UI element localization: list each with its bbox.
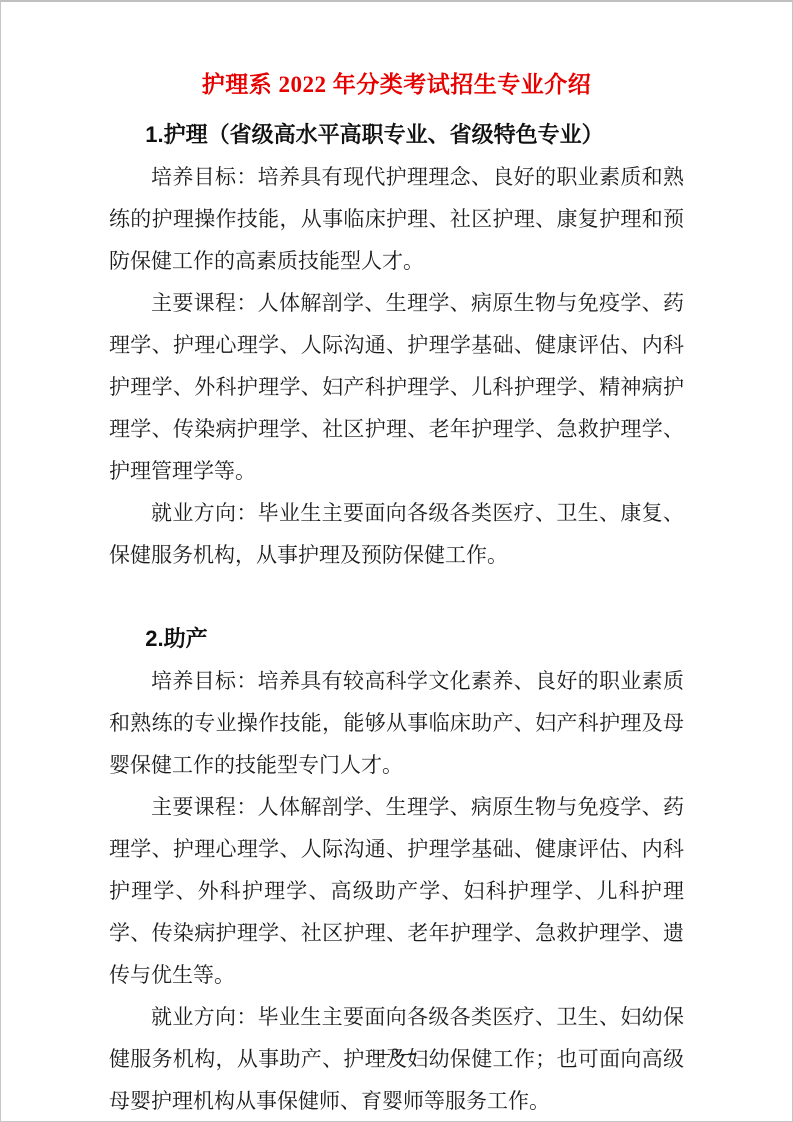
document-content: 护理系 2022 年分类考试招生专业介绍 1.护理（省级高水平高职专业、省级特色…	[1, 2, 792, 1122]
section-divider-space	[109, 576, 684, 618]
page-title: 护理系 2022 年分类考试招生专业介绍	[109, 68, 684, 102]
paragraph-midwifery-main-courses: 主要课程：人体解剖学、生理学、病原生物与免疫学、药理学、护理心理学、人际沟通、护…	[109, 786, 684, 996]
paragraph-midwifery-training-goal: 培养目标：培养具有较高科学文化素养、良好的职业素质和熟练的专业操作技能，能够从事…	[109, 660, 684, 786]
section-nursing: 1.护理（省级高水平高职专业、省级特色专业） 培养目标：培养具有现代护理理念、良…	[109, 114, 684, 576]
paragraph-nursing-employment: 就业方向：毕业生主要面向各级各类医疗、卫生、康复、保健服务机构，从事护理及预防保…	[109, 492, 684, 576]
paragraph-nursing-training-goal: 培养目标：培养具有现代护理理念、良好的职业素质和熟练的护理操作技能，从事临床护理…	[109, 156, 684, 282]
section-heading-nursing: 1.护理（省级高水平高职专业、省级特色专业）	[109, 114, 684, 156]
page-number: —3—	[1, 1046, 792, 1063]
section-heading-midwifery: 2.助产	[109, 618, 684, 660]
document-page: 护理系 2022 年分类考试招生专业介绍 1.护理（省级高水平高职专业、省级特色…	[0, 0, 793, 1122]
paragraph-nursing-main-courses: 主要课程：人体解剖学、生理学、病原生物与免疫学、药理学、护理心理学、人际沟通、护…	[109, 282, 684, 492]
